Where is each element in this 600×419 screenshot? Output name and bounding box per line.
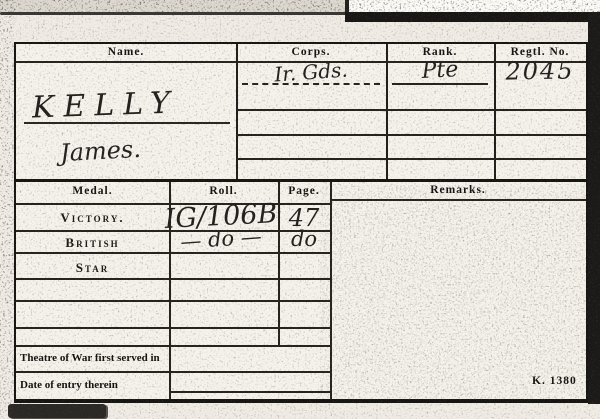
rule-line	[386, 158, 494, 160]
rule-line	[236, 134, 386, 136]
british-page-ditto: do	[278, 227, 330, 251]
rank-value: Pte	[385, 55, 494, 86]
scan-shadow-top	[345, 12, 600, 22]
rule-line	[236, 158, 386, 160]
rule-line	[386, 109, 494, 111]
rule-line	[16, 278, 330, 280]
rule-line	[16, 345, 330, 347]
rule-line	[16, 327, 330, 329]
ink-smudge	[8, 404, 106, 418]
rule-line	[16, 252, 330, 254]
remarks-area	[332, 201, 584, 397]
rule-line	[16, 300, 330, 302]
scanned-medal-card-page: { "card": { "top": { "name_label": "Name…	[0, 0, 600, 419]
medal-section: Medal. Roll. Page. Remarks. Victory. IG/…	[16, 182, 586, 399]
date-of-entry-label: Date of entry therein	[20, 379, 168, 391]
regtl-no-value: 2045	[494, 56, 586, 86]
surname-value: KELLY	[31, 85, 179, 125]
name-header-label: Name.	[16, 46, 236, 58]
writing-line	[392, 83, 488, 85]
roll-column-header: Roll.	[169, 185, 278, 197]
rule-line	[494, 158, 586, 160]
page-column-header: Page.	[278, 185, 330, 197]
rule-line	[16, 61, 236, 63]
british-medal-label: British	[16, 235, 169, 251]
theatre-of-war-label: Theatre of War first served in	[20, 352, 168, 364]
medal-column-header: Medal.	[16, 185, 169, 197]
writing-line	[24, 122, 230, 124]
rule-line	[494, 109, 586, 111]
medal-index-card: Name. KELLY James. Corps. Ir. Gds. Rank.…	[14, 42, 588, 403]
rule-line	[494, 134, 586, 136]
rule-line	[169, 391, 330, 393]
rule-line	[236, 109, 386, 111]
scan-shadow-right	[588, 12, 600, 404]
regtl-no-column: Regtl. No. 2045	[494, 44, 586, 179]
identity-section: Name. KELLY James. Corps. Ir. Gds. Rank.…	[16, 44, 586, 182]
writing-line	[242, 83, 380, 85]
scan-edge-line	[0, 12, 356, 15]
rule-line	[386, 134, 494, 136]
forename-value: James.	[59, 135, 141, 167]
rank-column: Rank. Pte	[386, 44, 496, 179]
name-column: Name. KELLY James.	[16, 44, 238, 179]
form-reference: K. 1380	[532, 375, 577, 387]
rule-line	[16, 371, 330, 373]
star-medal-label: Star	[16, 260, 169, 276]
corps-column: Corps. Ir. Gds.	[236, 44, 388, 179]
remarks-column-header: Remarks.	[330, 184, 586, 196]
victory-medal-label: Victory.	[16, 210, 169, 226]
